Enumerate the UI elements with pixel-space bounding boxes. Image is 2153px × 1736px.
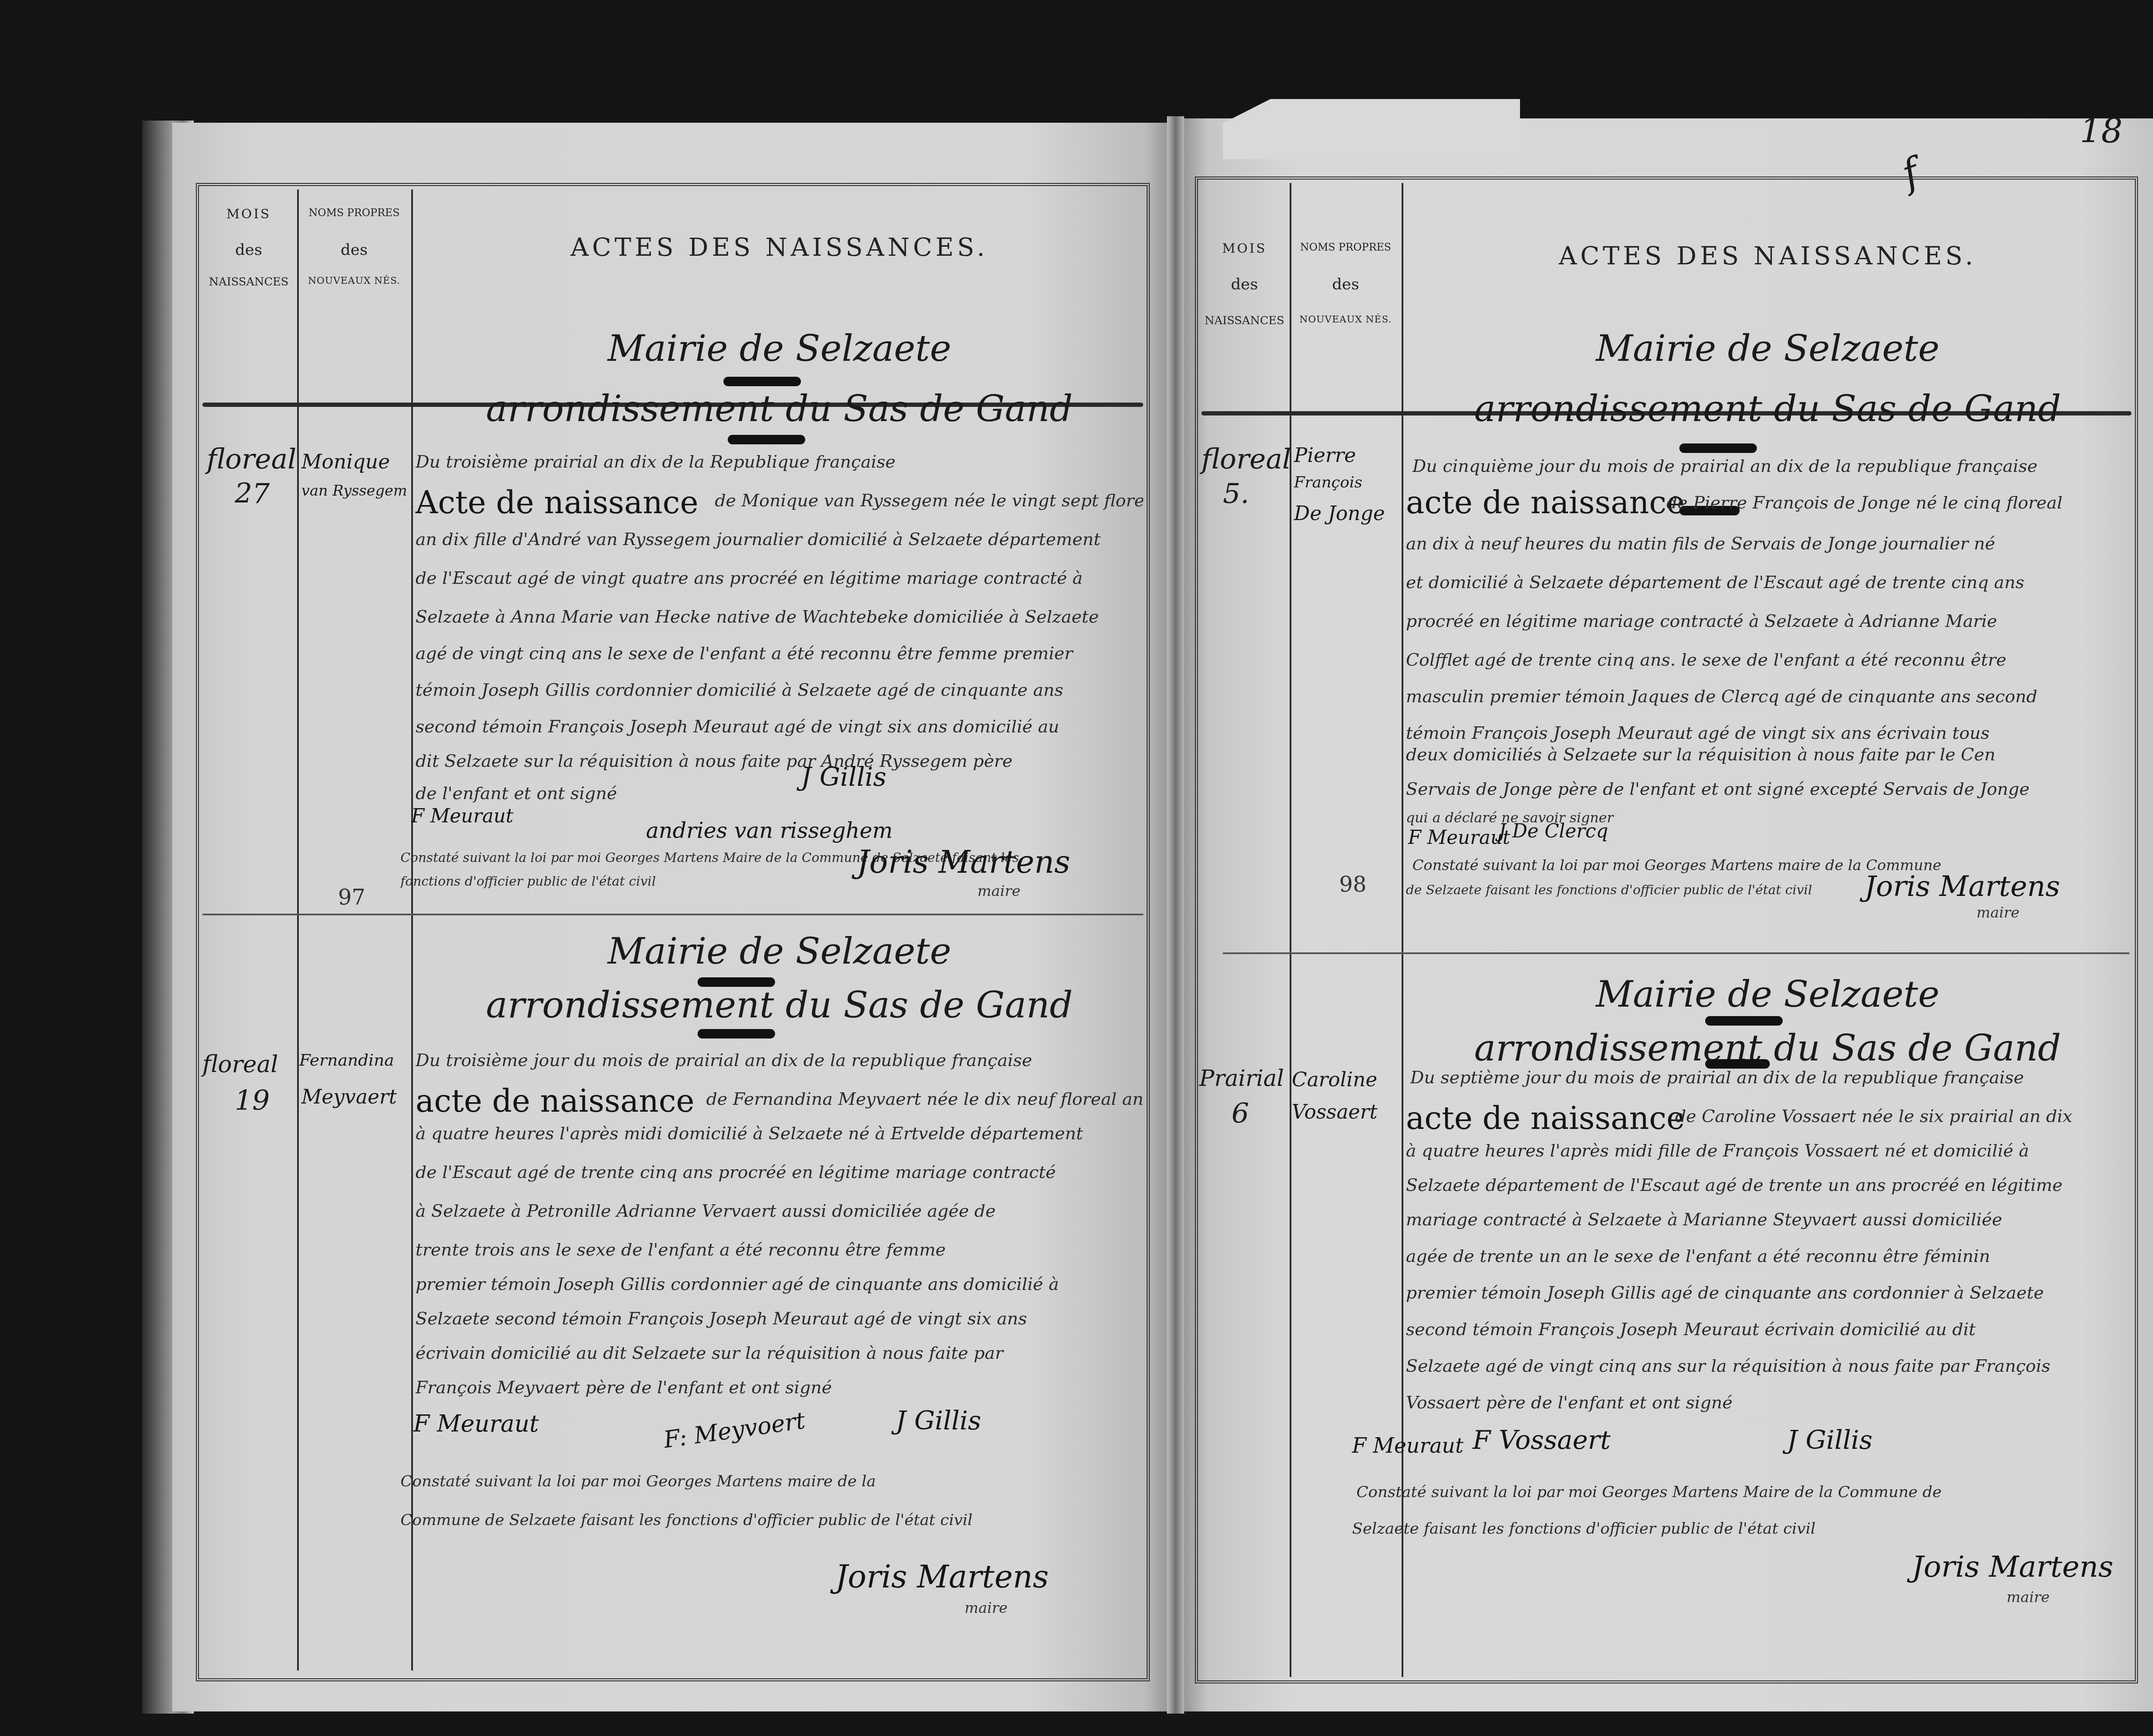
page-tab [1223,99,1520,159]
act-text-line: de Caroline Vossaert née le six prairial… [1675,1107,2129,1126]
act-number: 98 [1339,872,1367,897]
left-col-divider-2 [411,189,413,1671]
act-month: floreal [1201,443,1291,475]
act-day: 27 [235,478,270,510]
heading-flourish [1705,1059,1770,1069]
left-col-divider-1 [297,189,299,1671]
act-text-line: masculin premier témoin Jaques de Clercq… [1406,687,2129,707]
header-col2-line1: NOMS PROPRES [299,207,409,219]
father-signature: andries van risseghem [646,818,893,843]
witness-signature: F Meuraut [413,1410,539,1437]
header-col2-line2: des [1292,276,1399,293]
header-col1-line1: MOIS [202,207,295,222]
act-text-line: de Fernandina Meyvaert née le dix neuf f… [706,1089,1143,1109]
act-text-line: de l'Escaut agé de vingt quatre ans proc… [416,568,1143,588]
act-text-line: à quatre heures l'après midi fille de Fr… [1406,1141,2129,1161]
act-text-line: Du troisième prairial an dix de la Repub… [416,452,1143,472]
heading-flourish [698,1029,775,1038]
witness-signature: J Gillis [896,1406,981,1436]
mayor-title: maire [1976,904,2020,921]
act-text-line: premier témoin Joseph Gillis cordonnier … [416,1274,1143,1294]
mayor-signature: Joris Martens [835,1559,1049,1595]
header-col2-line1: NOMS PROPRES [1292,241,1399,253]
heading-flourish [728,435,805,444]
act-closing-line: Commune de Selzaete faisant les fonction… [400,1511,1143,1529]
header-col1-line1: MOIS [1201,241,1287,256]
act-text-line: Selzaete second témoin François Joseph M… [416,1309,1143,1329]
act-text-line: de l'enfant et ont signé [416,784,803,803]
act-text-line: François Meyvaert père de l'enfant et on… [416,1378,1143,1398]
act-text-line: mariage contracté à Selzaete à Marianne … [1406,1210,2129,1230]
act-mairie-heading: Mairie de Selzaete [1406,327,2129,369]
act-text-line: Selzaete à Anna Marie van Hecke native d… [416,607,1143,627]
act-arrondissement-heading: arrondissement du Sas de Gand [416,387,1143,430]
heading-flourish [1679,443,1757,453]
act-text-line: écrivain domicilié au dit Selzaete sur l… [416,1343,1143,1363]
act-text-line: trente trois ans le sexe de l'enfant a é… [416,1240,1143,1260]
act-text-line: de l'Escaut agé de trente cinq ans procr… [416,1162,1143,1182]
mayor-title: maire [977,883,1021,900]
act-number: 97 [338,885,366,910]
act-text-line: Selzaete département de l'Escaut agé de … [1406,1175,2129,1195]
witness-signature: F Meuraut [1352,1434,1464,1458]
mayor-title: maire [965,1600,1008,1617]
act-closing-line: Selzaete faisant les fonctions d'officie… [1352,1520,1912,1538]
witness-signature: J Gillis [1787,1425,1873,1455]
act-day: 19 [235,1085,270,1117]
act-text-line: an dix fille d'André van Ryssegem journa… [416,530,1143,549]
right-col-divider-1 [1290,183,1291,1677]
act-day: 5. [1223,478,1249,510]
right-page-title: ACTES DES NAISSANCES. [1406,241,2129,270]
act-child-name: Fernandina [299,1051,394,1069]
witness-signature: J Gillis [801,762,887,792]
header-col1-line2: des [202,241,295,259]
act-lead: Acte de naissance [416,484,698,521]
act-child-surname: Vossaert [1292,1100,1377,1123]
witness-signature: J De Clercq [1498,820,1608,842]
act-text-line: Du cinquième jour du mois de prairial an… [1412,456,2127,476]
act-child-surname: De Jonge [1294,502,1385,525]
act-text-line: de Monique van Ryssegem née le vingt sep… [715,491,1143,511]
act-text-line: à Selzaete à Petronille Adrianne Vervaer… [416,1201,1143,1221]
act-lead: acte de naissance [416,1083,695,1119]
book-spine [1167,116,1184,1714]
act-text-line: Colfflet agé de trente cinq ans. le sexe… [1406,650,2129,670]
header-col1-line3: NAISSANCES [1201,314,1287,327]
act-text-line: témoin Joseph Gillis cordonnier domicili… [416,680,1143,700]
act-text-line: de Pierre François de Jonge né le cinq f… [1666,493,2127,513]
act-text-line: Servais de Jonge père de l'enfant et ont… [1406,779,2129,799]
act-text-line: deux domiciliés à Selzaete sur la réquis… [1406,745,2129,765]
act-closing-line: de Selzaete faisant les fonctions d'offi… [1406,883,1837,898]
act-child-name: Caroline [1292,1068,1377,1091]
witness-signature: F Meuraut [1408,827,1510,849]
act-text-line: an dix à neuf heures du matin fils de Se… [1406,534,2129,554]
act-child-name-2: François [1294,474,1362,491]
page-number: 18 [2080,112,2122,151]
act-arrondissement-heading: arrondissement du Sas de Gand [416,984,1143,1026]
header-col1-line2: des [1201,276,1287,293]
act-text-line: Vossaert père de l'enfant et ont signé [1406,1393,1923,1413]
father-signature: F Vossaert [1473,1425,1610,1455]
act-day: 6 [1232,1098,1249,1130]
act-lead: acte de naissance [1406,1100,1685,1136]
act-text-line: à quatre heures l'après midi domicilié à… [416,1124,1143,1144]
act-mairie-heading: Mairie de Selzaete [416,930,1143,972]
act-mairie-heading: Mairie de Selzaete [416,327,1143,369]
act-child-surname: van Ryssegem [301,482,407,499]
act-separator [202,914,1143,915]
act-text-line: premier témoin Joseph Gillis agé de cinq… [1406,1283,2129,1303]
act-closing-line: Constaté suivant la loi par moi Georges … [400,1472,1143,1490]
act-child-name: Pierre [1294,443,1356,467]
act-child-surname: Meyvaert [301,1085,397,1108]
act-text-line: témoin François Joseph Meuraut agé de vi… [1406,723,2129,743]
act-closing-line: Constaté suivant la loi par moi Georges … [1356,1483,2129,1501]
heading-flourish [723,377,801,386]
act-text-line: agée de trente un an le sexe de l'enfant… [1406,1246,2129,1266]
header-col2-line3: NOUVEAUX NÉS. [299,276,409,286]
act-child-name: Monique [301,450,390,473]
act-lead: acte de naissance [1406,484,1685,521]
act-text-line: Selzaete agé de vingt cinq ans sur la ré… [1406,1356,2129,1376]
act-text-line: second témoin François Joseph Meuraut éc… [1406,1320,2129,1339]
header-col2-line2: des [299,241,409,259]
act-text-line: Du troisième jour du mois de prairial an… [416,1051,1143,1070]
act-separator [1223,952,2129,954]
header-col2-line3: NOUVEAUX NÉS. [1292,314,1399,325]
left-page-title: ACTES DES NAISSANCES. [416,232,1143,262]
mayor-signature: Joris Martens [857,844,1070,880]
act-text-line: Du septième jour du mois de prairial an … [1410,1068,2129,1088]
heading-flourish [1705,1016,1783,1026]
act-mairie-heading: Mairie de Selzaete [1406,973,2129,1015]
act-month: floreal [207,443,296,475]
mayor-signature: Joris Martens [1912,1550,2113,1584]
witness-signature: F Meuraut [411,805,513,827]
act-text-line: second témoin François Joseph Meuraut ag… [416,717,1143,737]
act-text-line: dit Selzaete sur la réquisition à nous f… [416,751,1143,771]
act-text-line: et domicilié à Selzaete département de l… [1406,573,2129,592]
mayor-title: maire [2007,1589,2050,1606]
act-arrondissement-heading: arrondissement du Sas de Gand [1406,387,2129,430]
act-month: floreal [202,1051,278,1078]
act-month: Prairial [1199,1066,1284,1091]
act-closing-line: fonctions d'officier public de l'état ci… [400,874,831,889]
act-text-line: agé de vingt cinq ans le sexe de l'enfan… [416,644,1143,663]
header-col1-line3: NAISSANCES [202,276,295,288]
mayor-signature: Joris Martens [1864,870,2060,903]
act-text-line: procréé en légitime mariage contracté à … [1406,611,2129,631]
